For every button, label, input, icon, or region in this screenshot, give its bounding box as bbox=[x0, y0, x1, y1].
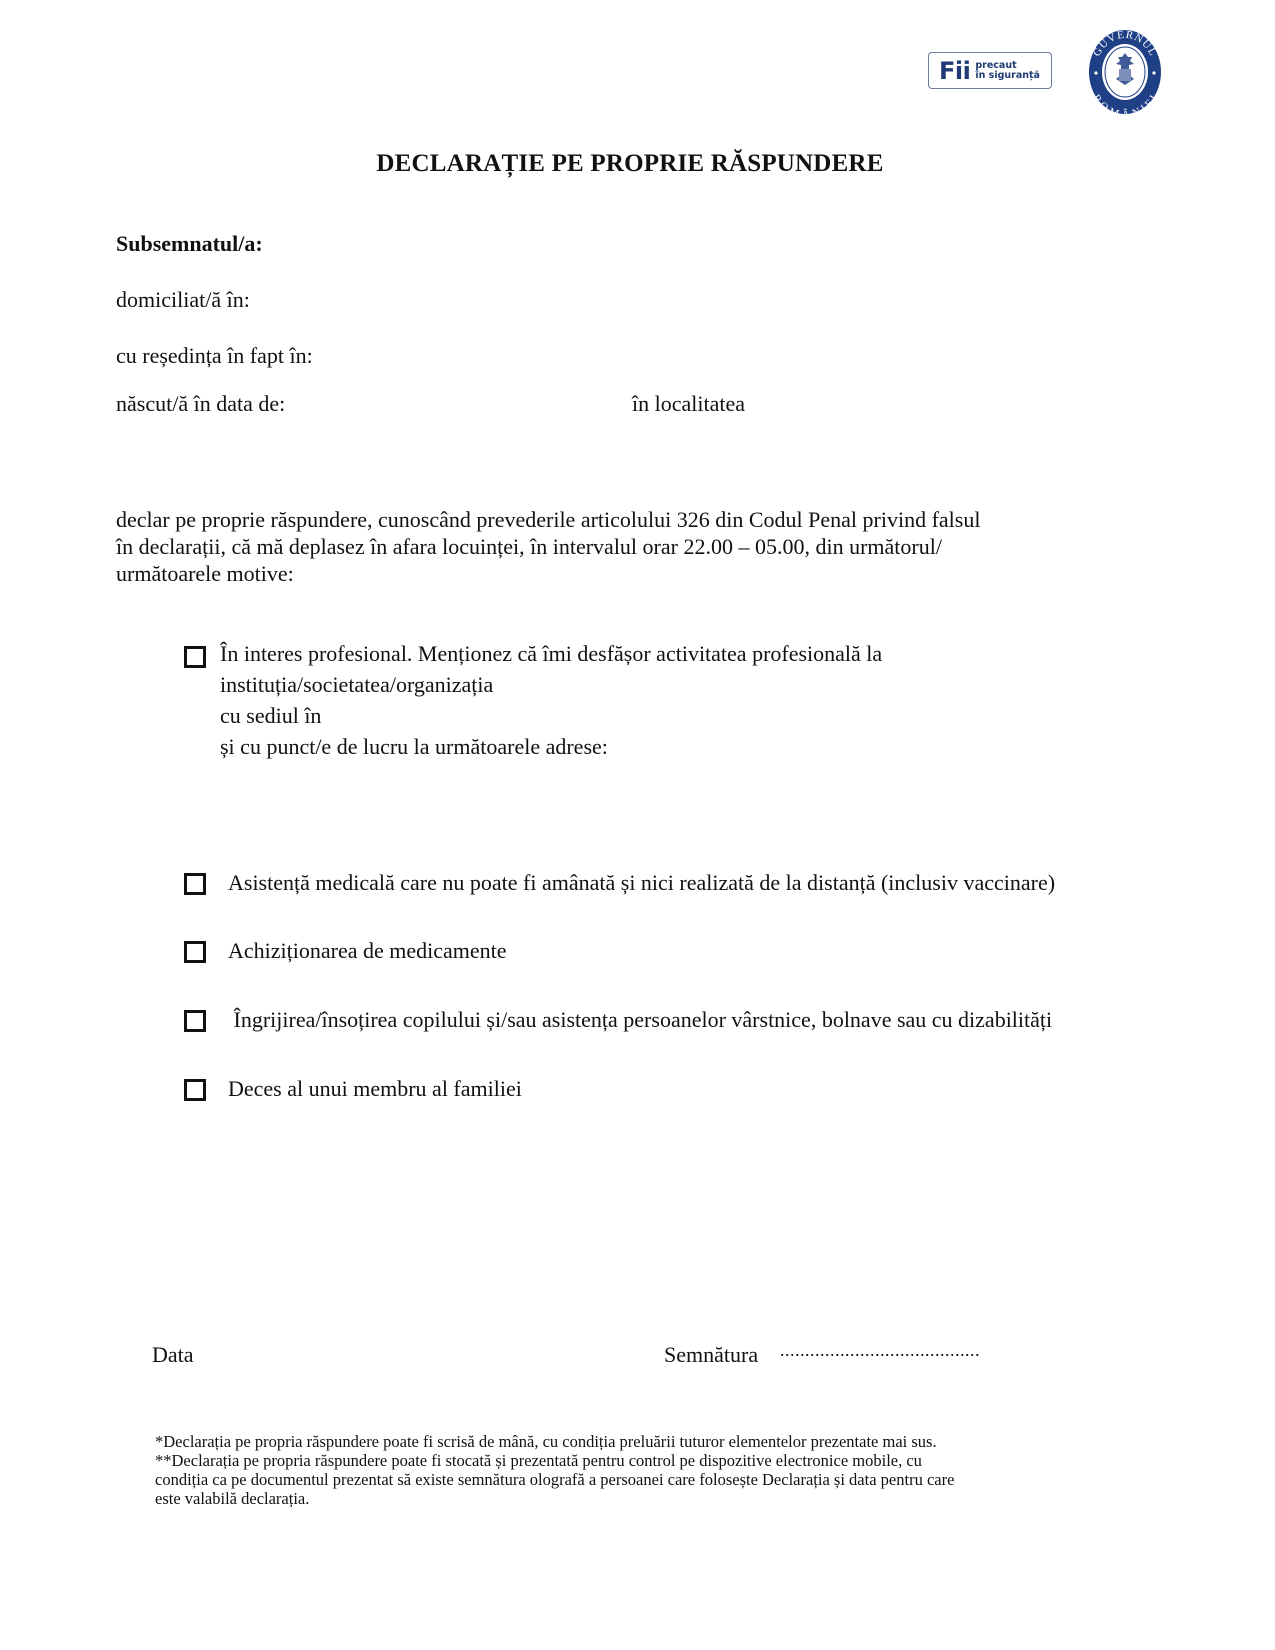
reason-professional-line-4: și cu punct/e de lucru la următoarele ad… bbox=[220, 731, 882, 762]
badge-big-text: Fii bbox=[939, 59, 970, 83]
reason-professional-line-2: instituția/societatea/organizația bbox=[220, 669, 882, 700]
checkbox-care-of-others[interactable] bbox=[184, 1010, 206, 1032]
declaration-line-3: următoarele motive: bbox=[116, 560, 1136, 587]
footnote-1: *Declarația pe propria răspundere poate … bbox=[155, 1432, 1165, 1451]
date-label: Data bbox=[152, 1342, 194, 1368]
campaign-badge-logo: Fii precaut în siguranță bbox=[928, 52, 1052, 89]
footnote-2-line-1: **Declarația pe propria răspundere poate… bbox=[155, 1451, 1165, 1470]
badge-line2: în siguranță bbox=[975, 70, 1040, 81]
field-label-domiciliat: domiciliat/ă în: bbox=[116, 287, 250, 313]
field-label-localitatea: în localitatea bbox=[632, 391, 745, 417]
reason-care-of-others-label: Îngrijirea/însoțirea copilului și/sau as… bbox=[228, 1004, 1052, 1035]
government-seal-logo: GUVERNUL ROMÂNIEI bbox=[1088, 29, 1162, 115]
field-label-nascut: născut/ă în data de: bbox=[116, 391, 285, 417]
declaration-line-2: în declarații, că mă deplasez în afara l… bbox=[116, 533, 1136, 560]
reason-professional-text: În interes profesional. Menționez că îmi… bbox=[220, 638, 882, 762]
footnote-2-line-3: este valabilă declarația. bbox=[155, 1489, 1165, 1508]
document-title: DECLARAȚIE PE PROPRIE RĂSPUNDERE bbox=[0, 150, 1260, 178]
footnotes: *Declarația pe propria răspundere poate … bbox=[155, 1432, 1165, 1508]
checkbox-family-death[interactable] bbox=[184, 1079, 206, 1101]
badge-small-text: precaut în siguranță bbox=[975, 61, 1040, 81]
signature-label: Semnătura bbox=[664, 1342, 758, 1368]
reason-buying-medicine-label: Achiziționarea de medicamente bbox=[228, 935, 507, 966]
footnote-2-line-2: condiția ca pe documentul prezentat să e… bbox=[155, 1470, 1165, 1489]
checkbox-medical-assistance[interactable] bbox=[184, 873, 206, 895]
field-label-subsemnatul: Subsemnatul/a: bbox=[116, 231, 263, 257]
declaration-line-1: declar pe proprie răspundere, cunoscând … bbox=[116, 506, 1136, 533]
field-label-resedinta: cu reședința în fapt în: bbox=[116, 343, 313, 369]
declaration-paragraph: declar pe proprie răspundere, cunoscând … bbox=[116, 506, 1136, 587]
reason-family-death-label: Deces al unui membru al familiei bbox=[228, 1073, 522, 1104]
checkbox-professional-interest[interactable] bbox=[184, 646, 206, 668]
reason-professional-line-3: cu sediul în bbox=[220, 700, 882, 731]
reason-professional-line-1: În interes profesional. Menționez că îmi… bbox=[220, 638, 882, 669]
reason-medical-assistance-label: Asistență medicală care nu poate fi amân… bbox=[228, 867, 1055, 898]
romanian-government-seal-icon: GUVERNUL ROMÂNIEI bbox=[1088, 29, 1162, 115]
signature-line[interactable]: ........................................ bbox=[780, 1340, 980, 1361]
checkbox-buying-medicine[interactable] bbox=[184, 941, 206, 963]
